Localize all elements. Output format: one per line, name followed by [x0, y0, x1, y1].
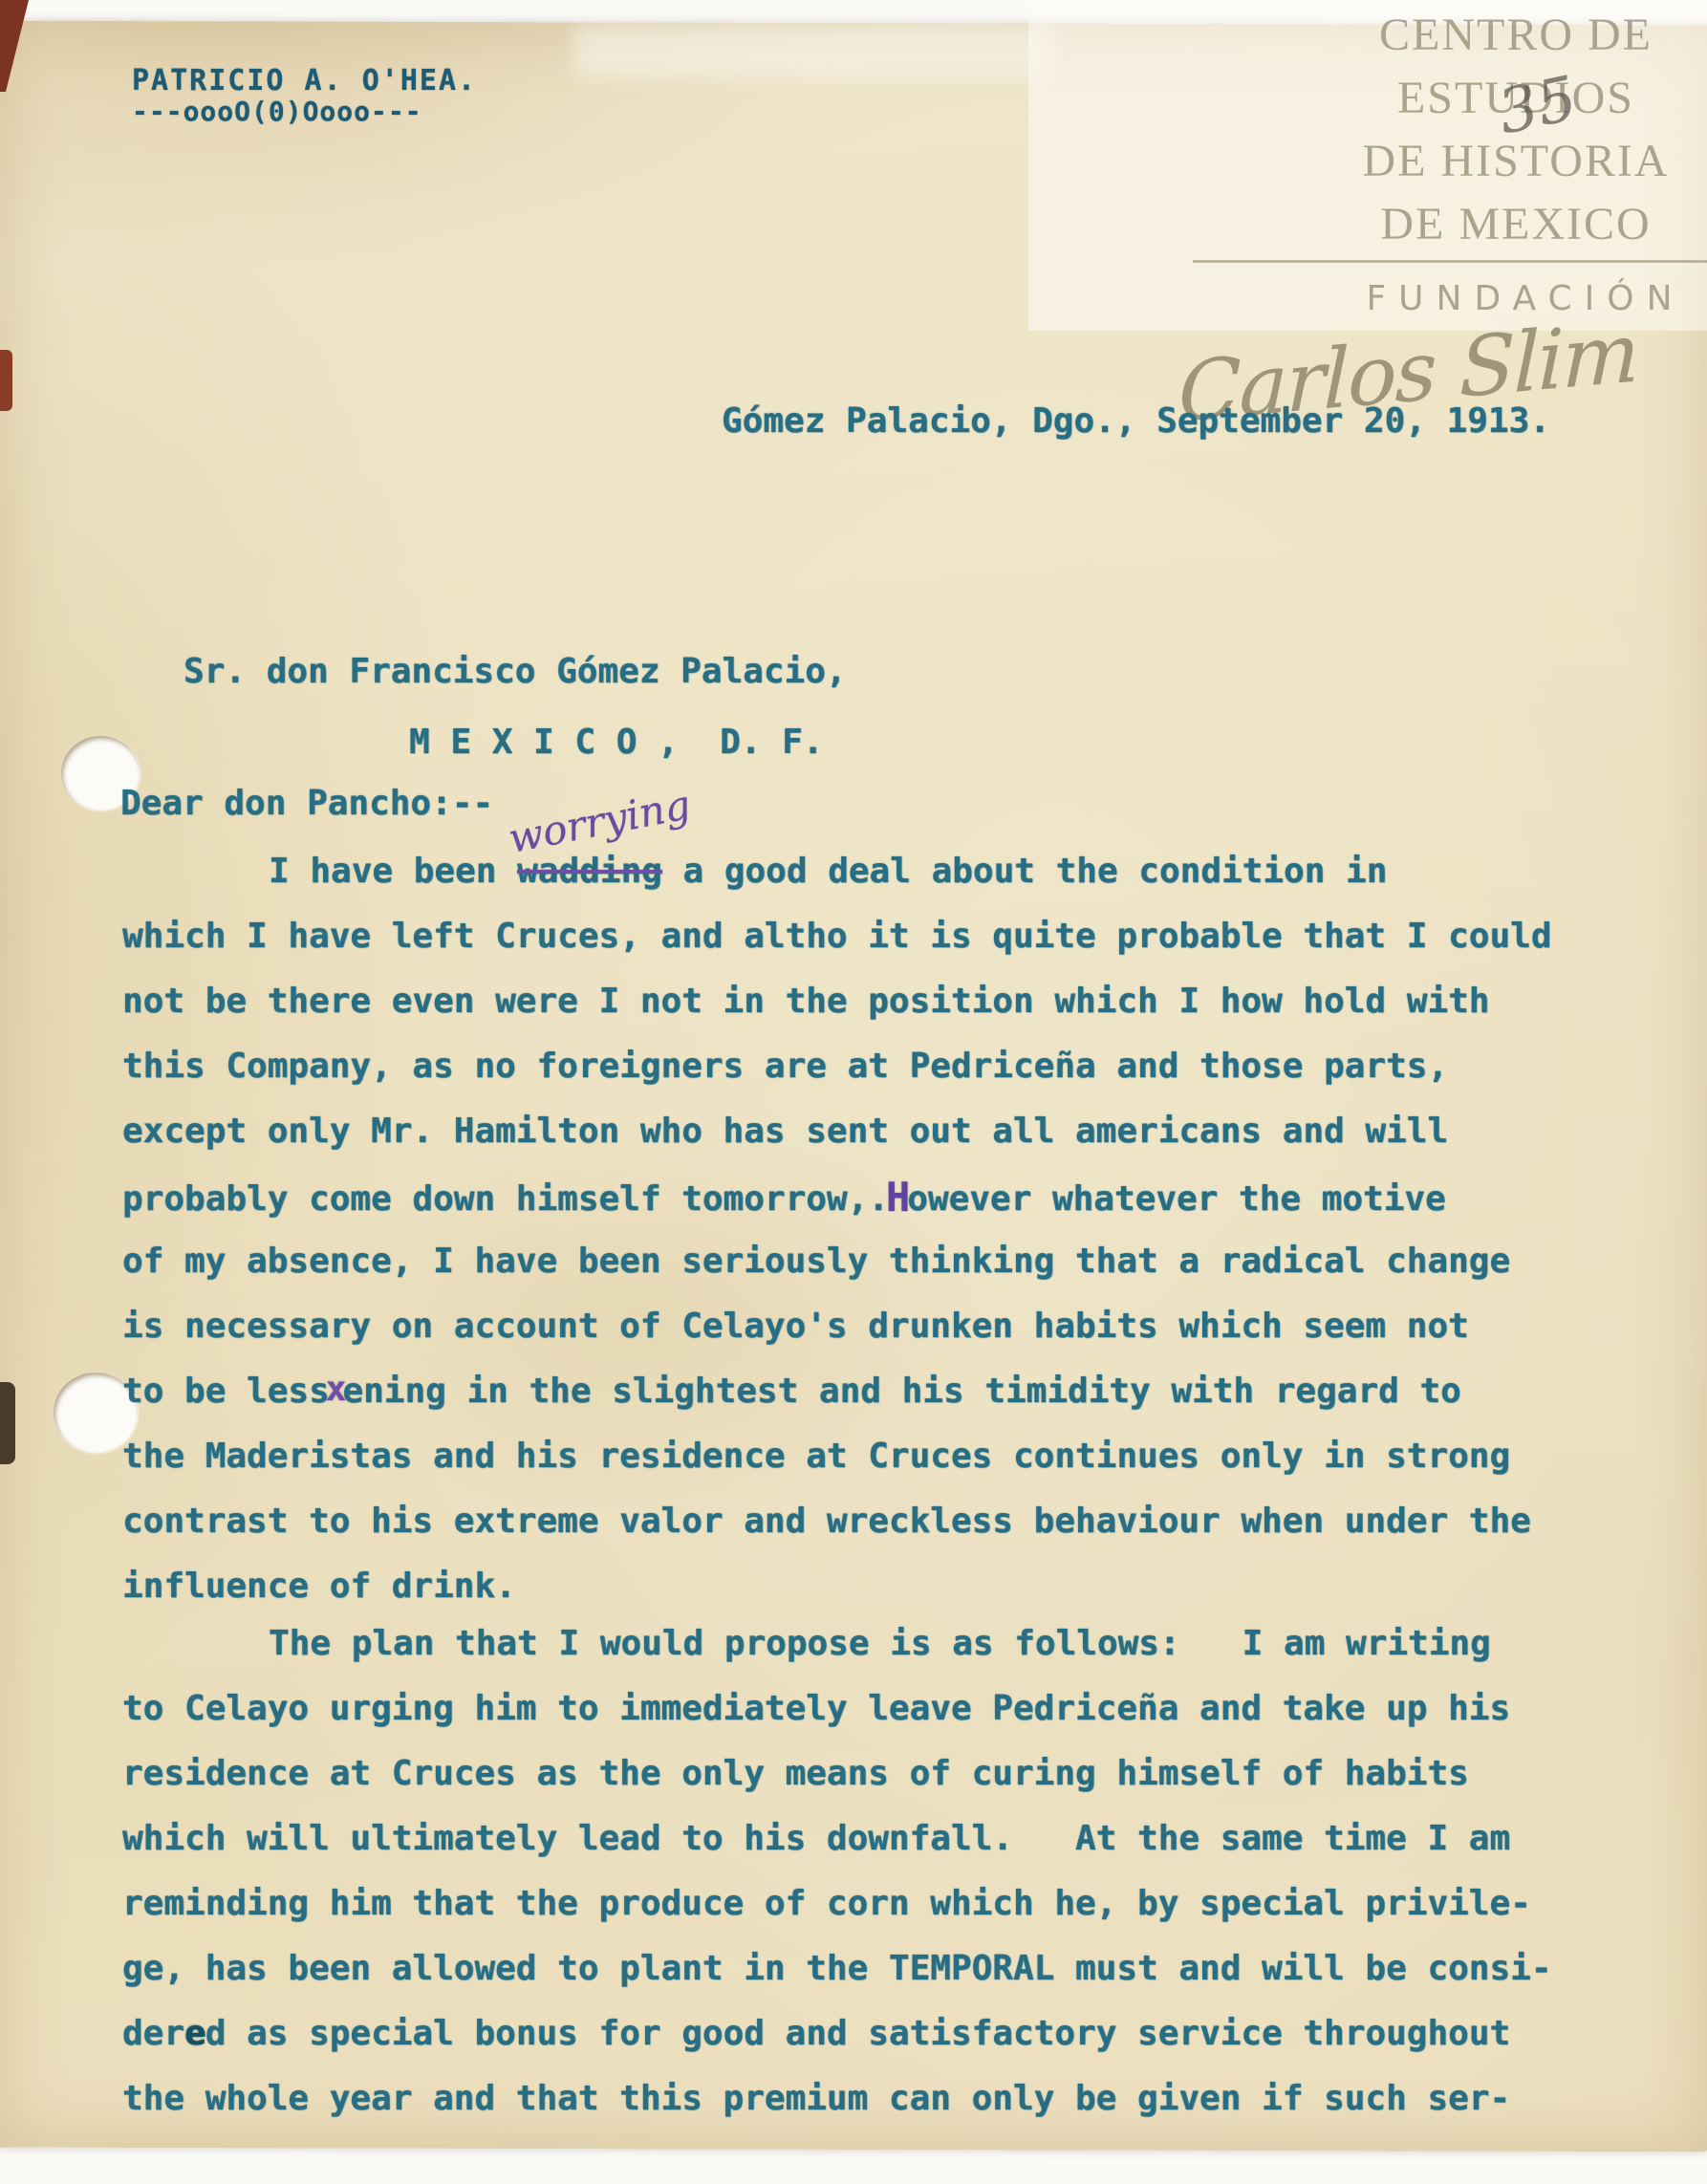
body-line: reminding him that the produce of corn w…: [122, 1871, 1652, 1936]
line-text: d as special bonus for good and satisfac…: [205, 2014, 1510, 2053]
body-line: except only Mr. Hamilton who has sent ou…: [122, 1099, 1652, 1164]
line-text: ening in the slightest and his timidity …: [342, 1372, 1460, 1411]
body-line: is necessary on account of Celayo's drun…: [122, 1294, 1652, 1359]
torn-edge-artifact: [0, 350, 12, 411]
body-line: not be there even were I not in the posi…: [122, 969, 1652, 1034]
body-line: which will ultimately lead to his downfa…: [122, 1806, 1652, 1871]
overtyped-character: e: [184, 2014, 205, 2053]
body-line: of my absence, I have been seriously thi…: [122, 1229, 1652, 1294]
recipient-name: Sr. don Francisco Gómez Palacio,: [184, 652, 847, 691]
letterhead-flourish: ---oooO(0)Oooo---: [132, 97, 477, 126]
dateline: Gómez Palacio, Dgo., September 20, 1913.: [722, 401, 1550, 441]
watermark-line: DE MEXICO: [1344, 193, 1688, 256]
line-text: I have been: [269, 852, 517, 891]
body-line: this Company, as no foreigners are at Pe…: [122, 1034, 1652, 1099]
struck-word: waddingworrying: [517, 852, 662, 891]
body-line: dered as special bonus for good and sati…: [122, 2001, 1652, 2066]
paragraph-1: I have been waddingworrying a good deal …: [122, 839, 1652, 1619]
handwritten-capital-h: H: [886, 1174, 910, 1221]
body-line: probably come down himself tomorrow,.How…: [122, 1164, 1652, 1229]
scanned-letter-page: CENTRO DE ESTUDIOS DE HISTORIA DE MEXICO…: [0, 0, 1707, 2184]
body-line: influence of drink.: [122, 1554, 1652, 1619]
body-line: the whole year and that this premium can…: [122, 2066, 1652, 2131]
recipient-city: M E X I C O , D. F.: [409, 723, 823, 762]
letterhead: PATRICIO A. O'HEA. ---oooO(0)Oooo---: [132, 65, 477, 126]
paragraph-2: The plan that I would propose is as foll…: [122, 1611, 1652, 2131]
watermark-divider: [1193, 260, 1707, 263]
body-line: ge, has been allowed to plant in the TEM…: [122, 1936, 1652, 2001]
struck-word-text: wadding: [517, 852, 662, 891]
body-line: which I have left Cruces, and altho it i…: [122, 904, 1652, 969]
line-text: to be less: [122, 1372, 330, 1411]
line-text: owever whatever the motive: [907, 1179, 1446, 1219]
handwritten-strike-mark: x: [326, 1370, 347, 1409]
letterhead-name: PATRICIO A. O'HEA.: [132, 65, 477, 97]
line-text: a good deal about the condition in: [662, 852, 1388, 891]
salutation: Dear don Pancho:--: [120, 784, 493, 823]
paper-top-edge-highlight: [573, 23, 1051, 78]
line-text: der: [122, 2014, 184, 2053]
body-line: to Celayo urging him to immediately leav…: [122, 1676, 1652, 1741]
body-line: The plan that I would propose is as foll…: [122, 1611, 1652, 1676]
body-line: residence at Cruces as the only means of…: [122, 1741, 1652, 1806]
body-line: I have been waddingworrying a good deal …: [122, 839, 1652, 904]
body-line: the Maderistas and his residence at Cruc…: [122, 1424, 1652, 1489]
line-text: probably come down himself tomorrow,.: [122, 1179, 889, 1219]
body-line: contrast to his extreme valor and wreckl…: [122, 1489, 1652, 1554]
body-line: to be lessxening in the slightest and hi…: [122, 1359, 1652, 1424]
torn-edge-artifact: [0, 1382, 15, 1464]
watermark-line: CENTRO DE: [1344, 4, 1688, 67]
